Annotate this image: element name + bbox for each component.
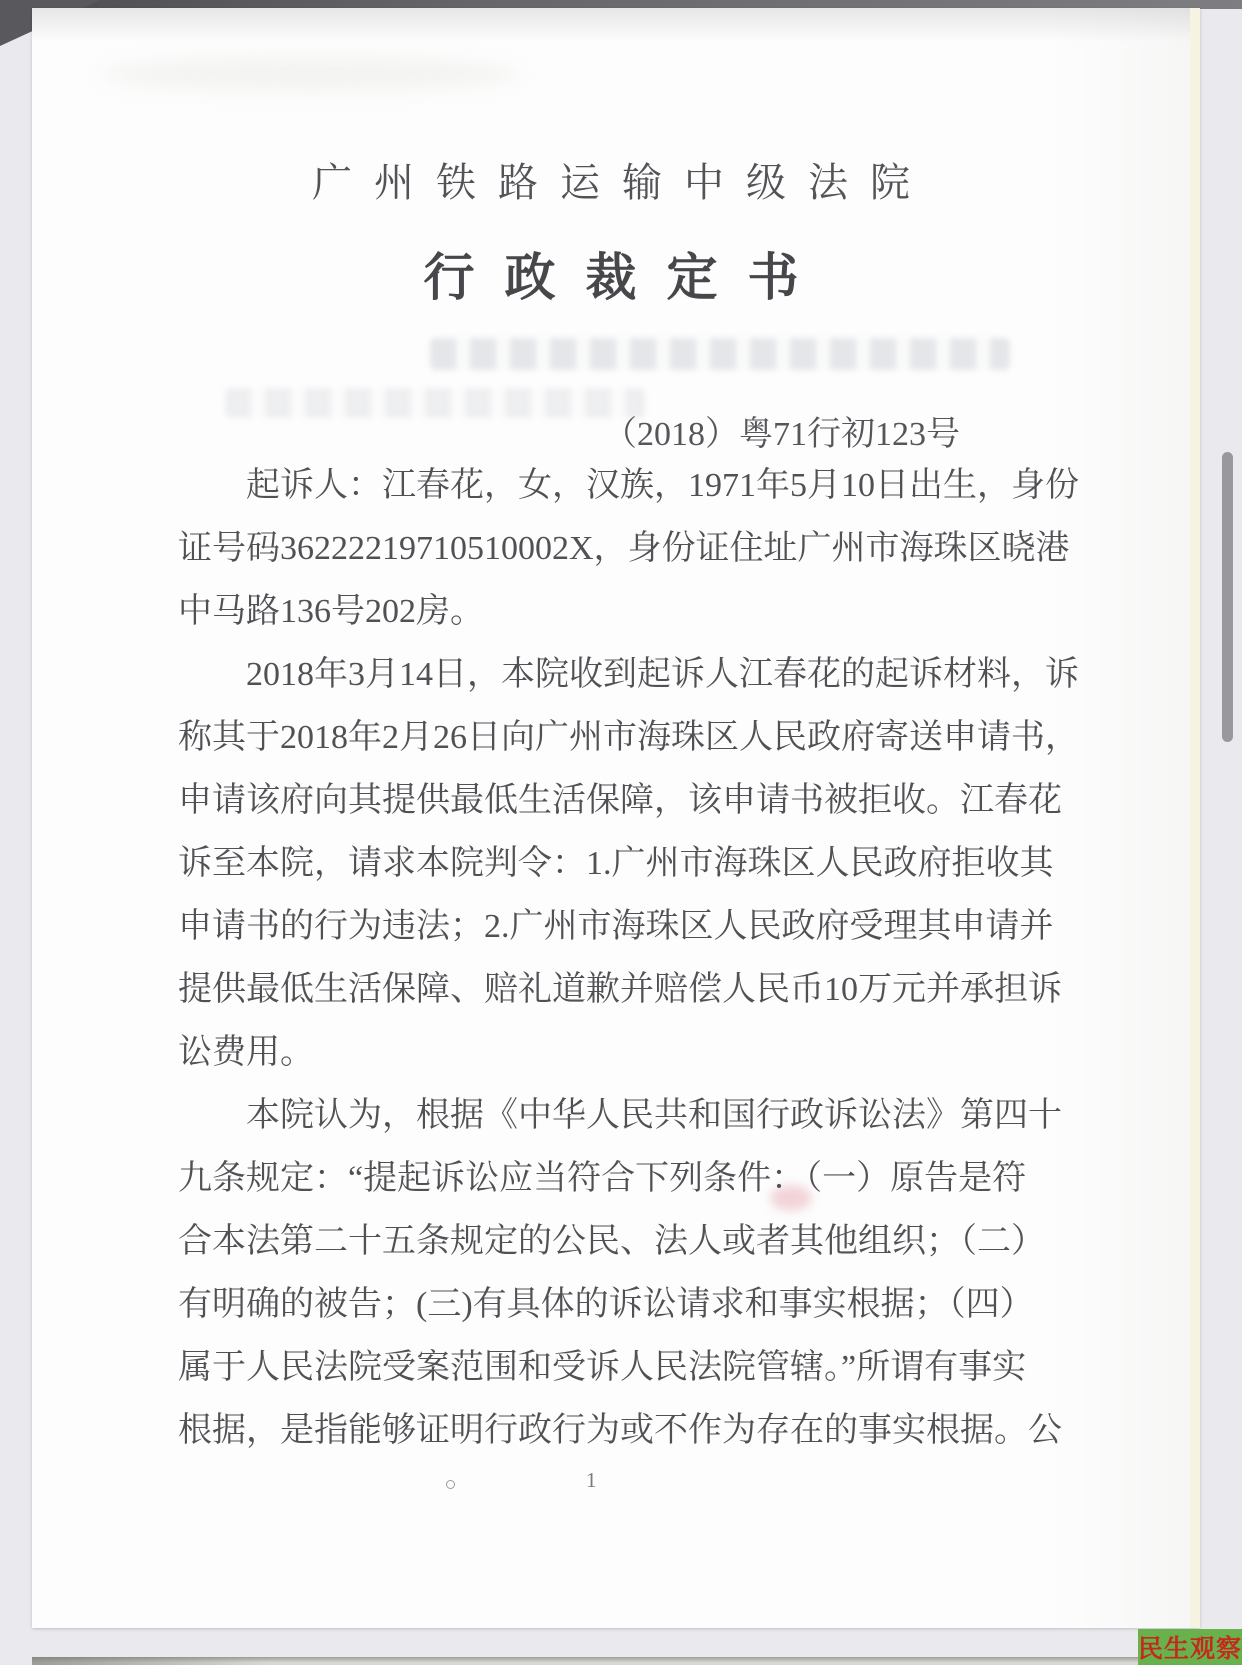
- scanned-page: 广州铁路运输中级法院 行政裁定书 （2018）粤71行初123号 起诉人：江春花…: [32, 8, 1200, 1628]
- scan-artifact-smudge: [100, 55, 520, 93]
- body-line: 证号码36222219710510002X，身份证住址广州市海珠区晓港: [178, 517, 978, 580]
- ink-bleedthrough-smudge: [430, 338, 1010, 370]
- body-line: 申请书的行为违法；2.广州市海珠区人民政府受理其申请并: [178, 895, 978, 958]
- body-line: 有明确的被告；(三)有具体的诉讼请求和事实根据；（四）: [178, 1273, 978, 1336]
- body-line: 称其于2018年2月26日向广州市海珠区人民政府寄送申请书，: [178, 706, 978, 769]
- body-line: 申请该府向其提供最低生活保障，该申请书被拒收。江春花: [178, 769, 978, 832]
- document-type-heading: 行政裁定书: [32, 236, 1190, 310]
- page-footer: 1: [178, 1468, 978, 1498]
- page-number: 1: [586, 1468, 597, 1493]
- body-line: 诉至本院，请求本院判令：1.广州市海珠区人民政府拒收其: [178, 832, 978, 895]
- document-viewer: { "document": { "court_name": "广州铁路运输中级法…: [0, 0, 1242, 1665]
- body-line: 合本法第二十五条规定的公民、法人或者其他组织；（二）: [178, 1210, 978, 1273]
- case-number: （2018）粤71行初123号: [178, 406, 978, 455]
- body-line: 中马路136号202房。: [178, 580, 978, 643]
- body-line: 九条规定：“提起诉讼应当符合下列条件：（一）原告是符: [178, 1147, 978, 1210]
- watermark-badge: 民生观察: [1138, 1629, 1242, 1665]
- body-line: 提供最低生活保障、赔礼道歉并赔偿人民币10万元并承担诉: [178, 958, 978, 1021]
- body-line: 2018年3月14日，本院收到起诉人江春花的起诉材料，诉: [178, 643, 978, 706]
- body-line: 属于人民法院受案范围和受诉人民法院管辖。”所谓有事实: [178, 1336, 978, 1399]
- scrollbar-thumb[interactable]: [1222, 452, 1233, 742]
- body-line: 讼费用。: [178, 1021, 978, 1084]
- footer-speck: [446, 1480, 455, 1489]
- next-page-top-edge: [32, 1657, 1200, 1665]
- body-line: 根据，是指能够证明行政行为或不作为存在的事实根据。公: [178, 1399, 978, 1462]
- ruling-body-text: 起诉人：江春花，女，汉族，1971年5月10日出生，身份 证号码36222219…: [178, 454, 978, 1462]
- body-line: 本院认为，根据《中华人民共和国行政诉讼法》第四十: [178, 1084, 978, 1147]
- body-line: 起诉人：江春花，女，汉族，1971年5月10日出生，身份: [178, 454, 978, 517]
- court-name-heading: 广州铁路运输中级法院: [32, 151, 1190, 208]
- next-page-shadow: [32, 1657, 272, 1665]
